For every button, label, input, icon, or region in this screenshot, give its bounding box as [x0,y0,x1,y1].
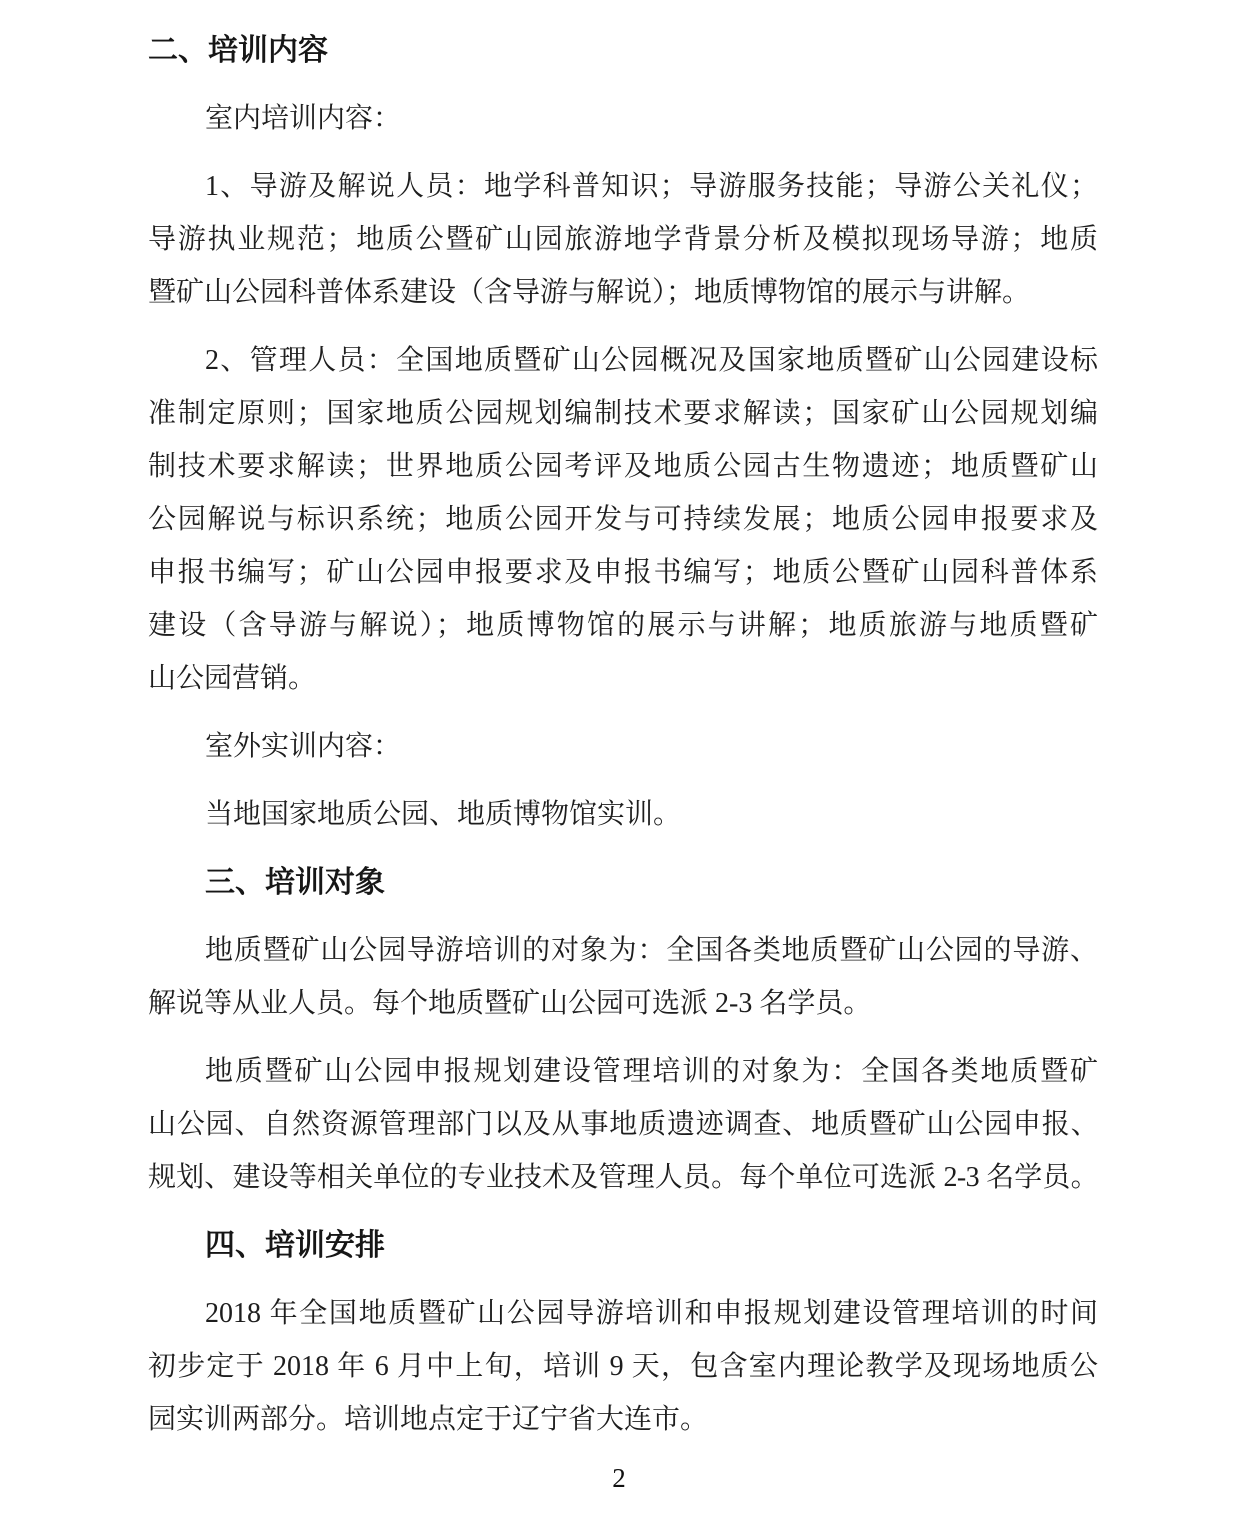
paragraph: 地质暨矿山公园导游培训的对象为：全国各类地质暨矿山公园的导游、解说等从业人员。每… [148,924,1098,1030]
page-number: 2 [612,1463,626,1493]
text-line: 室内培训内容： [148,92,1098,145]
page-footer: 2 [0,1458,1238,1498]
paragraph: 室内培训内容： [148,92,1098,145]
text-line: 规划、建设等相关单位的专业技术及管理人员。每个单位可选派 2-3 名学员。 [148,1151,1098,1204]
text-line: 1、导游及解说人员：地学科普知识；导游服务技能；导游公关礼仪； [148,160,1098,213]
text-line: 地质暨矿山公园申报规划建设管理培训的对象为：全国各类地质暨矿 [148,1045,1098,1098]
paragraph: 当地国家地质公园、地质博物馆实训。 [148,788,1098,841]
text-line: 建设（含导游与解说）；地质博物馆的展示与讲解；地质旅游与地质暨矿 [148,599,1098,652]
text-line: 暨矿山公园科普体系建设（含导游与解说）；地质博物馆的展示与讲解。 [148,266,1098,319]
text-line: 制技术要求解读；世界地质公园考评及地质公园古生物遗迹；地质暨矿山 [148,440,1098,493]
paragraph: 2018 年全国地质暨矿山公园导游培训和申报规划建设管理培训的时间初步定于 20… [148,1287,1098,1446]
text-line: 准制定原则；国家地质公园规划编制技术要求解读；国家矿山公园规划编 [148,387,1098,440]
paragraph: 室外实训内容： [148,720,1098,773]
text-line: 申报书编写；矿山公园申报要求及申报书编写；地质公暨矿山园科普体系 [148,546,1098,599]
section-heading: 三、培训对象 [148,856,1098,909]
section-heading: 二、培训内容 [148,24,1098,77]
document-body: 二、培训内容室内培训内容：1、导游及解说人员：地学科普知识；导游服务技能；导游公… [148,24,1098,1461]
section-heading: 四、培训安排 [148,1219,1098,1272]
text-line: 园实训两部分。培训地点定于辽宁省大连市。 [148,1393,1098,1446]
text-line: 地质暨矿山公园导游培训的对象为：全国各类地质暨矿山公园的导游、 [148,924,1098,977]
text-line: 导游执业规范；地质公暨矿山园旅游地学背景分析及模拟现场导游；地质 [148,213,1098,266]
text-line: 山公园、自然资源管理部门以及从事地质遗迹调查、地质暨矿山公园申报、 [148,1098,1098,1151]
paragraph: 地质暨矿山公园申报规划建设管理培训的对象为：全国各类地质暨矿山公园、自然资源管理… [148,1045,1098,1204]
text-line: 初步定于 2018 年 6 月中上旬，培训 9 天，包含室内理论教学及现场地质公 [148,1340,1098,1393]
text-line: 山公园营销。 [148,652,1098,705]
paragraph: 2、管理人员：全国地质暨矿山公园概况及国家地质暨矿山公园建设标准制定原则；国家地… [148,334,1098,705]
text-line: 解说等从业人员。每个地质暨矿山公园可选派 2-3 名学员。 [148,977,1098,1030]
text-line: 公园解说与标识系统；地质公园开发与可持续发展；地质公园申报要求及 [148,493,1098,546]
text-line: 当地国家地质公园、地质博物馆实训。 [148,788,1098,841]
text-line: 2、管理人员：全国地质暨矿山公园概况及国家地质暨矿山公园建设标 [148,334,1098,387]
document-page: 二、培训内容室内培训内容：1、导游及解说人员：地学科普知识；导游服务技能；导游公… [0,0,1238,1516]
text-line: 室外实训内容： [148,720,1098,773]
text-line: 2018 年全国地质暨矿山公园导游培训和申报规划建设管理培训的时间 [148,1287,1098,1340]
paragraph: 1、导游及解说人员：地学科普知识；导游服务技能；导游公关礼仪；导游执业规范；地质… [148,160,1098,319]
